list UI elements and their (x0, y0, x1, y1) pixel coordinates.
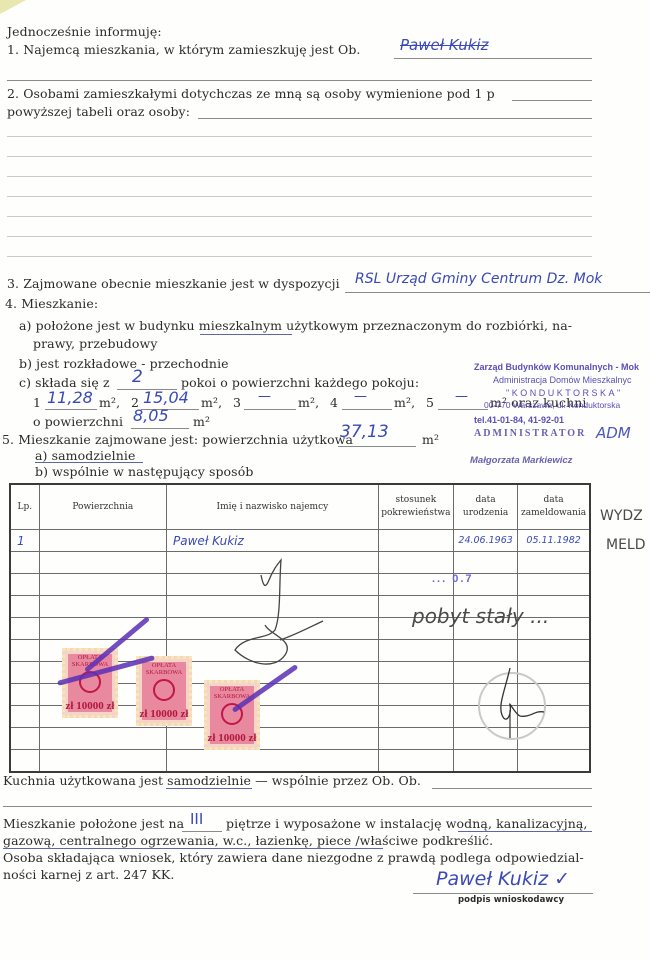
rooms-count: 2 (132, 367, 143, 387)
fee-stamp-value: zł 10000 zł (65, 700, 115, 712)
item2-fill-line-2 (198, 118, 592, 119)
cell-tenant-name (167, 750, 379, 773)
room-1-area: 11,28 (47, 388, 93, 407)
item2-line1: 2. Osobami zamieszkałymi dotychczas ze m… (7, 86, 495, 101)
item1-blank-line (7, 80, 592, 81)
kitchen-area-line (131, 428, 189, 429)
cell-area (39, 574, 166, 596)
floor-prefix: Mieszkanie położone jest na (3, 816, 184, 831)
room-3-area: — (258, 389, 271, 404)
room-2-area: 15,04 (143, 388, 189, 407)
room-4-line (342, 409, 392, 410)
cell-area (39, 750, 166, 773)
room-4-unit: m², (394, 395, 415, 410)
cell-lp (10, 662, 39, 684)
margin-note-2: MELD (606, 537, 646, 553)
fee-stamp-title: OPŁATA SKARBOWA (139, 662, 189, 676)
underline-mieszkalnym (200, 334, 292, 335)
cell-registration-date (518, 552, 590, 574)
official-signature (480, 660, 560, 740)
fee-stamp-value: zł 10000 zł (139, 708, 189, 720)
cell-lp (10, 684, 39, 706)
kitchen-fill-line (432, 788, 592, 789)
stamp-line-5: tel.41-01-84, 41-92-01 (474, 415, 564, 425)
cell-tenant-name (167, 728, 379, 750)
item3-value: RSL Urząd Gminy Centrum Dz. Mok (355, 271, 602, 287)
item1-tenant-name: Paweł Kukiz (400, 36, 488, 54)
blank-line (7, 136, 592, 137)
item5-a: a) samodzielnie (35, 448, 135, 463)
eagle-emblem-icon (153, 679, 175, 701)
table-header-row: Lp. Powierzchnia Imię i nazwisko najemcy… (10, 484, 590, 530)
liability-line1: Osoba składająca wniosek, który zawiera … (3, 850, 584, 865)
cell-tenant-name (167, 706, 379, 728)
item2-fill-line (512, 100, 592, 101)
underline-kitchen-samodzielnie (166, 788, 252, 789)
blank-line (7, 196, 592, 197)
cell-lp (10, 552, 39, 574)
room-5-line (438, 409, 488, 410)
tenant-signature-table (225, 555, 325, 675)
applicant-signature: Paweł Kukiz ✓ (436, 868, 570, 890)
room-3-unit: m², (298, 395, 319, 410)
usable-area: 37,13 (340, 422, 389, 442)
stamp-handwritten: ADM (596, 424, 631, 442)
blank-line (7, 176, 592, 177)
cell-tenant-name: Paweł Kukiz (167, 530, 379, 552)
cell-registration-date (518, 750, 590, 773)
underline-utilities (458, 831, 592, 832)
blank-line (7, 216, 592, 217)
cell-tenant-name (167, 684, 379, 706)
item4-b: b) jest rozkładowe - przechodnie (19, 356, 229, 371)
header-relation: stosunek pokrewieństwa (378, 484, 453, 530)
floor-line2: gazową, centralnego ogrzewania, w.c., ła… (3, 833, 493, 848)
fee-stamp: OPŁATA SKARBOWA zł 10000 zł (204, 680, 260, 750)
header-area: Powierzchnia (39, 484, 166, 530)
room-1-line (45, 409, 97, 410)
blank-line (7, 156, 592, 157)
item4-a-line2: prawy, przebudowy (33, 336, 157, 351)
intro-text: Jednocześnie informuję: (7, 24, 162, 39)
cell-area (39, 530, 166, 552)
table-row (10, 750, 590, 773)
room-5-label: 5 (426, 395, 434, 410)
kitchen-usage-text: Kuchnia użytkowana jest samodzielnie — w… (3, 773, 421, 788)
kitchen-area: 8,05 (133, 406, 169, 425)
cell-lp (10, 640, 39, 662)
cell-registration-date (518, 574, 590, 596)
fee-stamp: OPŁATA SKARBOWA zł 10000 zł (62, 648, 118, 718)
kitchen-prefix: o powierzchni (33, 414, 123, 429)
item5-fill-line (338, 446, 416, 447)
cell-lp (10, 750, 39, 773)
document-page: Jednocześnie informuję: 1. Najemcą miesz… (0, 0, 650, 960)
item4-a-line1: a) położone jest w budynku mieszkalnym u… (19, 318, 572, 333)
stamp-name: Małgorzata Markiewicz (470, 455, 572, 466)
floor-number: III (190, 810, 203, 828)
underline-samodzielnie (35, 462, 143, 463)
room-4-area: — (354, 389, 367, 404)
item4-c-suffix: pokoi o powierzchni każdego pokoju: (181, 375, 419, 390)
item5-label: 5. Mieszkanie zajmowane jest: powierzchn… (2, 432, 353, 447)
cell-relation (378, 728, 453, 750)
cell-relation (378, 662, 453, 684)
underline-utilities-2 (3, 848, 383, 849)
margin-note-1: WYDZ (600, 508, 643, 524)
item5-unit: m² (422, 432, 439, 447)
cell-birth-date: 24.06.1963 (454, 530, 518, 552)
stamp-line-2: Administracja Domów Mieszkalnyc (493, 375, 632, 385)
room-4-label: 4 (330, 395, 338, 410)
fee-stamp-value: zł 10000 zł (207, 732, 257, 744)
handwritten-note: pobyt stały ... (412, 604, 549, 628)
room-5-area: — (455, 389, 468, 404)
stamp-line-1: Zarząd Budynków Komunalnych - Mok (474, 362, 639, 372)
cell-lp: 1 (10, 530, 39, 552)
item3-label: 3. Zajmowane obecnie mieszkanie jest w d… (7, 276, 340, 291)
cell-lp (10, 596, 39, 618)
item5-b: b) wspólnie w następujący sposób (35, 464, 253, 479)
cell-relation (378, 750, 453, 773)
blank-line (7, 256, 592, 257)
room-1-unit: m², (99, 395, 120, 410)
cell-lp (10, 728, 39, 750)
header-tenant-name: Imię i nazwisko najemcy (167, 484, 379, 530)
cell-lp (10, 706, 39, 728)
blank-line (3, 806, 592, 807)
cell-relation (378, 530, 453, 552)
item3-fill-line (345, 292, 650, 293)
room-2-unit: m², (201, 395, 222, 410)
room-3-line (244, 409, 296, 410)
kitchen-unit: m² (193, 414, 210, 429)
cell-lp (10, 574, 39, 596)
cell-area (39, 596, 166, 618)
cell-registration-date: 05.11.1982 (518, 530, 590, 552)
item2-line2: powyższej tabeli oraz osoby: (7, 104, 190, 119)
signature-caption: podpis wnioskodawcy (458, 895, 564, 905)
table-row: 1Paweł Kukiz24.06.196305.11.1982 (10, 530, 590, 552)
liability-line2: ności karnej z art. 247 KK. (3, 867, 174, 882)
cell-area (39, 728, 166, 750)
signature-line (413, 893, 593, 894)
fee-stamp: OPŁATA SKARBOWA zł 10000 zł (136, 656, 192, 726)
item1-fill-line (394, 58, 592, 59)
cell-lp (10, 618, 39, 640)
folded-corner (0, 0, 26, 14)
cell-birth-date (454, 750, 518, 773)
room-3-label: 3 (233, 395, 241, 410)
room-1-label: 1 (33, 395, 41, 410)
blank-line (7, 236, 592, 237)
cell-relation (378, 684, 453, 706)
cell-relation (378, 706, 453, 728)
cell-relation (378, 640, 453, 662)
floor-suffix: piętrze i wyposażone w instalację wodną,… (226, 816, 587, 831)
floor-fill-line (182, 831, 222, 832)
header-registration-date: data zameldowania (518, 484, 590, 530)
header-lp: Lp. (10, 484, 39, 530)
stamp-line-4: 00-770 Warszawa, ul. Konduktorska (484, 400, 620, 410)
cell-birth-date (454, 552, 518, 574)
item4-label: 4. Mieszkanie: (5, 296, 98, 311)
stamp-line-6: ADMINISTRATOR (474, 428, 586, 439)
cell-relation (378, 552, 453, 574)
header-birth-date: data urodzenia (454, 484, 518, 530)
stamp-line-3: "KONDUKTORSKA" (506, 388, 623, 398)
cell-registration-date (518, 640, 590, 662)
item1-label: 1. Najemcą mieszkania, w którym zamieszk… (7, 42, 361, 57)
cell-birth-date (454, 640, 518, 662)
date-stamp: ... 0.7 (432, 573, 474, 585)
cell-area (39, 552, 166, 574)
